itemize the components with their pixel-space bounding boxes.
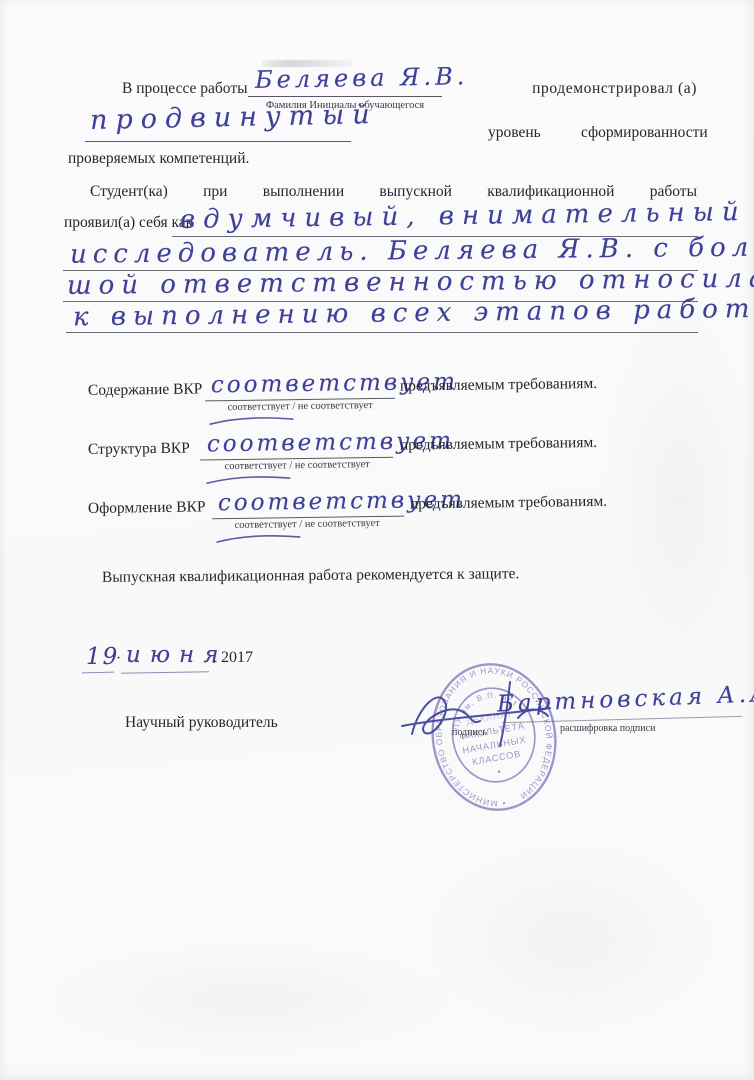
paper-texture	[40, 940, 460, 1060]
date-month-underline	[121, 671, 209, 674]
ink-flourish	[214, 533, 302, 545]
para1-word1: уровень	[488, 124, 541, 142]
scanned-review-document: В процессе работы Беляева Я.В. продемонс…	[0, 0, 754, 1080]
para1-word2: сформированности	[581, 124, 708, 142]
para1-line3: проверяемых компетенций.	[68, 150, 249, 168]
criteria-label: Структура ВКР	[88, 440, 190, 459]
signature-caption: подпись	[452, 727, 487, 738]
date-separator-2: .	[212, 650, 216, 668]
para1-lead: В процессе работы	[122, 80, 248, 98]
criteria-hint: соответствует / не соответствует	[207, 400, 393, 414]
conclusion-line: Выпускная квалификационная работа рекоме…	[102, 565, 519, 587]
date-separator: ·	[116, 650, 121, 668]
criteria-hint: соответствует / не соответствует	[214, 518, 400, 532]
ink-flourish	[207, 415, 295, 427]
student-name-handwritten: Беляева Я.В.	[255, 62, 469, 94]
criteria-label: Содержание ВКР	[88, 380, 203, 400]
supervisor-role-label: Научный руководитель	[125, 714, 278, 732]
date-year: 2017	[221, 649, 253, 667]
ink-flourish	[204, 474, 292, 486]
criteria-tail: предъявляемым требованиям.	[410, 493, 607, 514]
paper-texture	[420, 840, 720, 1040]
para1-tail: продемонстрировал (а)	[455, 80, 697, 98]
date-day-handwritten: 19	[86, 644, 119, 670]
criteria-hint: соответствует / не соответствует	[204, 459, 390, 473]
criteria-tail: предъявляемым требованиям.	[400, 375, 597, 396]
date-day-underline	[82, 672, 114, 674]
signature-scribble	[398, 676, 563, 756]
criteria-label: Оформление ВКР	[88, 498, 206, 518]
signer-name-caption: расшифровка подписи	[560, 723, 655, 734]
level-handwritten: продвинутый	[90, 99, 378, 136]
criteria-tail: предъявляемым требованиям.	[400, 434, 597, 455]
criteria-row-format: Оформление ВКР соответствует предъявляем…	[0, 491, 754, 560]
